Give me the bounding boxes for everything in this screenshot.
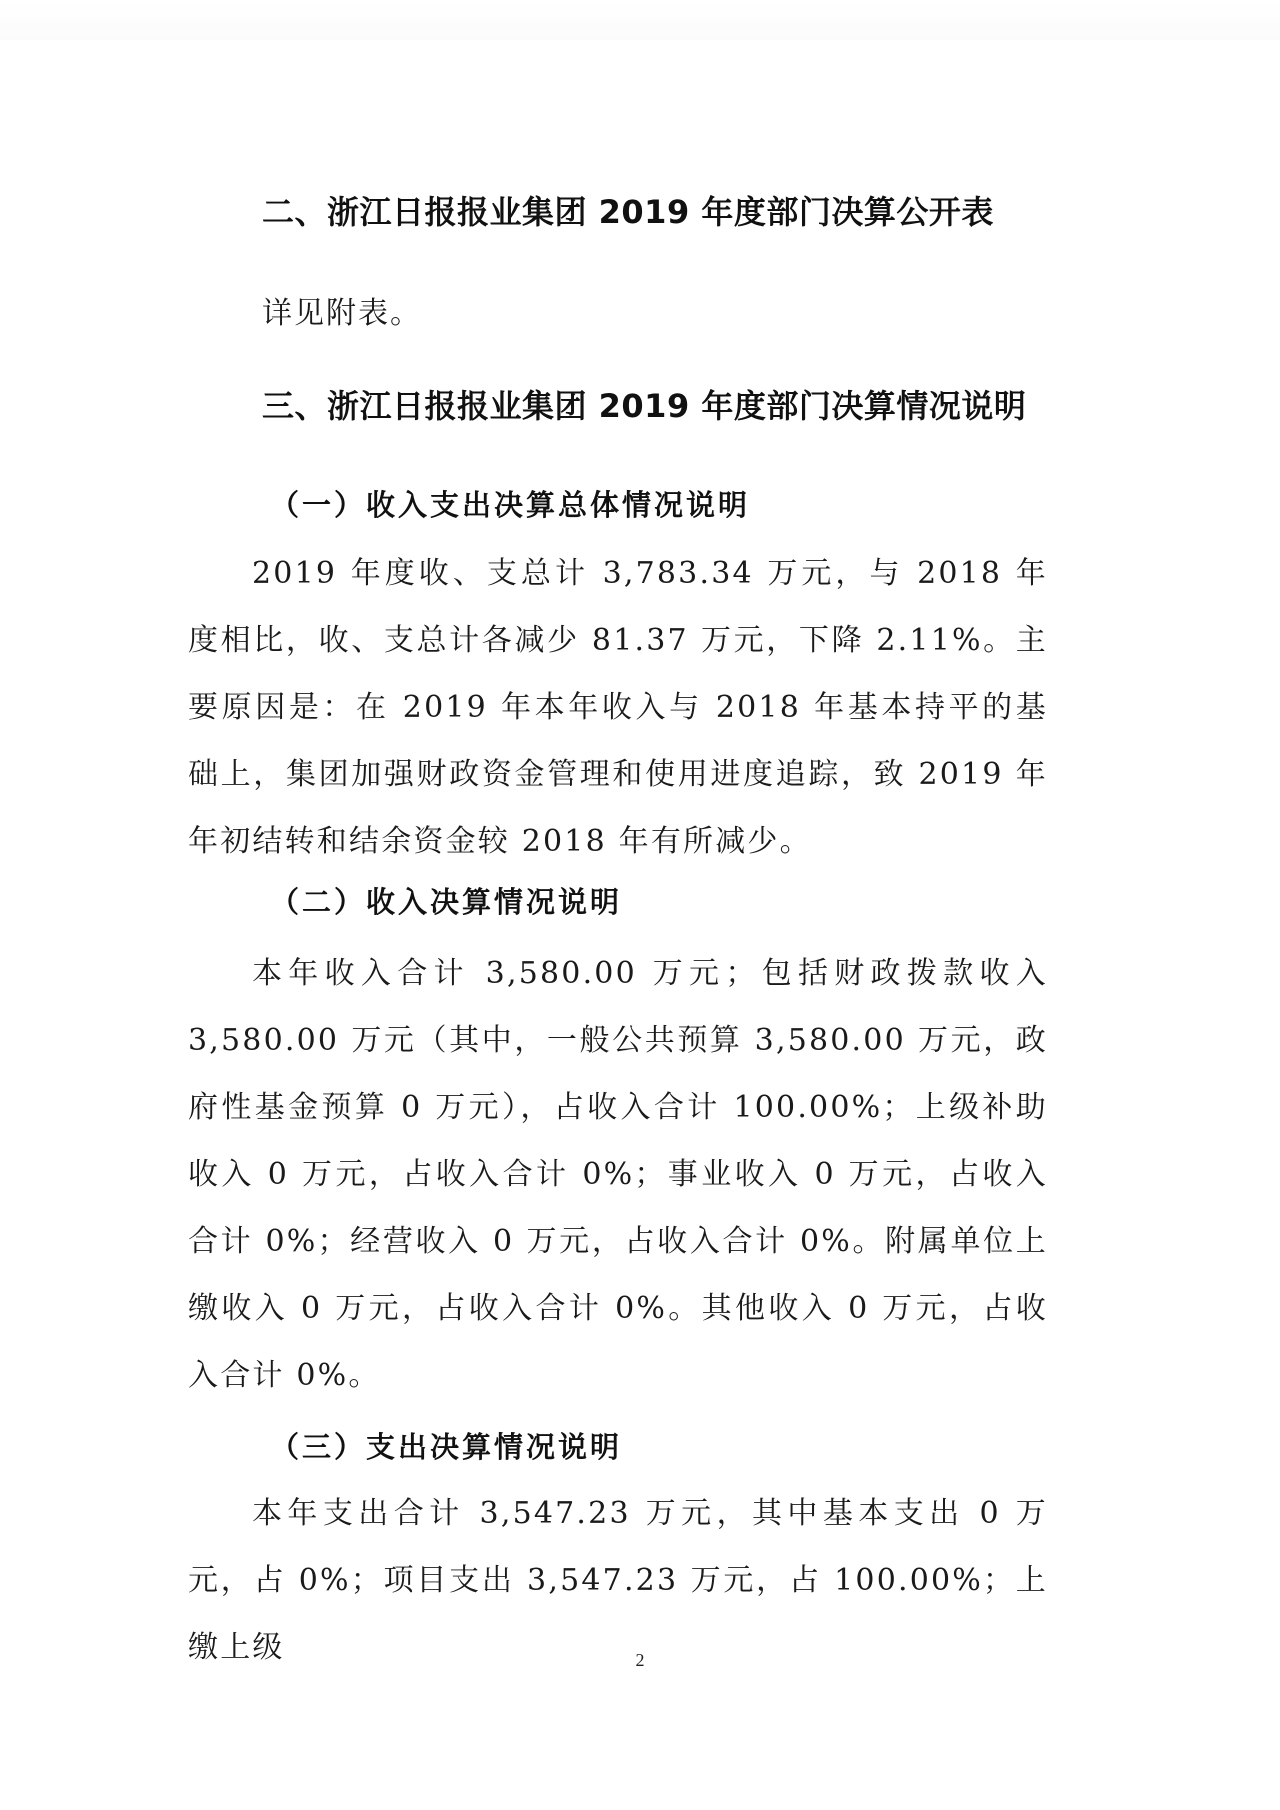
subsection-title-income: （二）收入决算情况说明: [270, 880, 622, 921]
scan-edge: [0, 0, 1280, 40]
section-heading-publication-tables: 二、浙江日报报业集团 2019 年度部门决算公开表: [262, 187, 994, 233]
see-attachment-text: 详见附表。: [262, 288, 422, 332]
subsection-title-overall: （一）收入支出决算总体情况说明: [270, 483, 750, 524]
paragraph-income: 本年收入合计 3,580.00 万元；包括财政拨款收入 3,580.00 万元（…: [188, 940, 1048, 1409]
section-heading-final-accounts-explanation: 三、浙江日报报业集团 2019 年度部门决算情况说明: [262, 381, 1026, 427]
paragraph-overall: 2019 年度收、支总计 3,783.34 万元，与 2018 年度相比，收、支…: [188, 540, 1048, 875]
page-number: 2: [0, 1650, 1280, 1671]
subsection-title-expenditure: （三）支出决算情况说明: [270, 1425, 622, 1466]
